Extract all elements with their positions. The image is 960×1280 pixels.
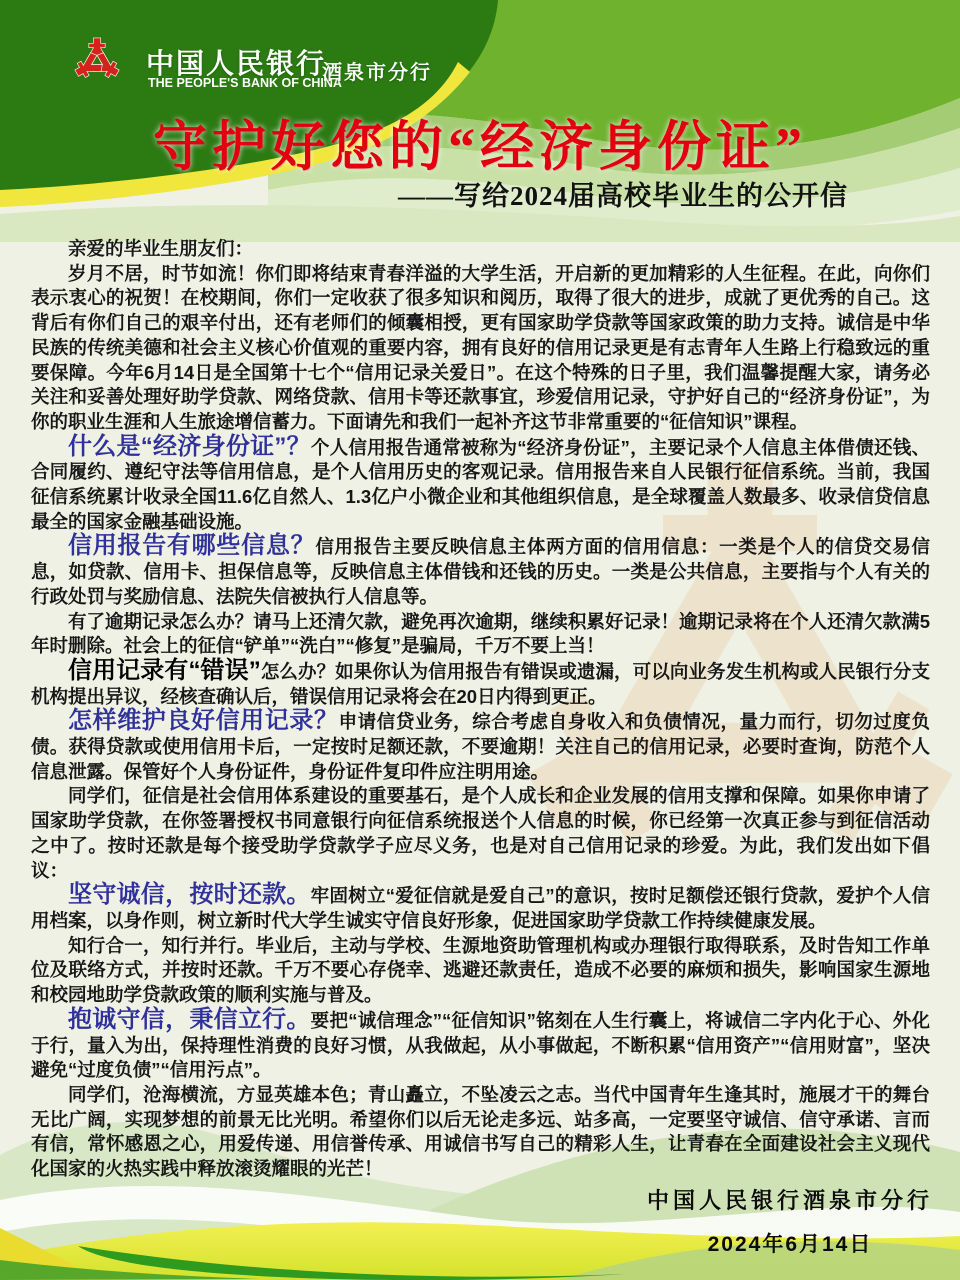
paragraph-heading: 抱诚守信，秉信立行。 [68, 1006, 311, 1033]
signature-organization: 中国人民银行酒泉市分行 [612, 1184, 960, 1215]
letter-paragraph: 有了逾期记录怎么办？请马上还清欠款，避免再次逾期，继续积累好记录！逾期记录将在个… [31, 610, 930, 659]
letter-paragraph: 坚守诚信，按时还款。牢固树立“爱征信就是爱自己”的意识，按时足额偿还银行贷款，爱… [31, 883, 930, 933]
poster-page: 中国人民银行 THE PEOPLE'S BANK OF CHINA 酒泉市分行 … [0, 0, 960, 1280]
signature-date: 2024年6月14日 [612, 1228, 960, 1258]
letter-paragraph: 同学们，沧海横流，方显英雄本色；青山矗立，不坠凌云之志。当代中国青年生逢其时，施… [31, 1083, 930, 1182]
letter-paragraph: 信用记录有“错误”怎么办？如果你认为信用报告有错误或遗漏，可以向业务发生机构或人… [31, 659, 930, 709]
page-title: 守护好您的“经济身份证” [0, 104, 960, 181]
page-subtitle: ——写给2024届高校毕业生的公开信 [398, 174, 848, 213]
letter-paragraph: 知行合一，知行并行。毕业后，主动与学校、生源地资助管理机构或办理银行取得联系，及… [31, 934, 930, 1008]
signature-block: 中国人民银行酒泉市分行 2024年6月14日 [612, 1184, 960, 1258]
pboc-emblem-icon [73, 34, 121, 88]
salutation: 亲爱的毕业生朋友们： [31, 237, 930, 262]
bank-name-en: THE PEOPLE'S BANK OF CHINA [148, 76, 342, 90]
letter-paragraphs: 岁月不居，时节如流！你们即将结束青春洋溢的大学生活，开启新的更加精彩的人生征程。… [31, 262, 930, 1182]
letter-paragraph: 信用报告有哪些信息？信用报告主要反映信息主体两方面的信用信息：一类是个人的信贷交… [31, 534, 930, 609]
letter-paragraph: 什么是“经济身份证”？个人信用报告通常被称为“经济身份证”，主要记录个人信息主体… [31, 435, 930, 535]
letter-paragraph: 同学们，征信是社会信用体系建设的重要基石，是个人成长和企业发展的信用支撑和保障。… [31, 784, 930, 883]
letter-paragraph: 怎样维护良好信用记录？申请信贷业务，综合考虑自身收入和负债情况，量力而行，切勿过… [31, 709, 930, 784]
letter-paragraph: 抱诚守信，秉信立行。要把“诚信理念”“征信知识”铭刻在人生行囊上，将诚信二字内化… [31, 1008, 930, 1083]
paragraph-heading: 什么是“经济身份证”？ [68, 433, 311, 460]
paragraph-heading: 信用记录有“错误” [68, 657, 261, 684]
letter-paragraph: 岁月不居，时节如流！你们即将结束青春洋溢的大学生活，开启新的更加精彩的人生征程。… [31, 262, 930, 435]
letter-body: 亲爱的毕业生朋友们： 岁月不居，时节如流！你们即将结束青春洋溢的大学生活，开启新… [31, 237, 930, 1182]
paragraph-heading: 坚守诚信，按时还款。 [68, 881, 311, 908]
paragraph-heading: 怎样维护良好信用记录？ [68, 707, 339, 734]
branch-name: 酒泉市分行 [322, 56, 432, 85]
paragraph-heading: 信用报告有哪些信息？ [68, 532, 315, 559]
